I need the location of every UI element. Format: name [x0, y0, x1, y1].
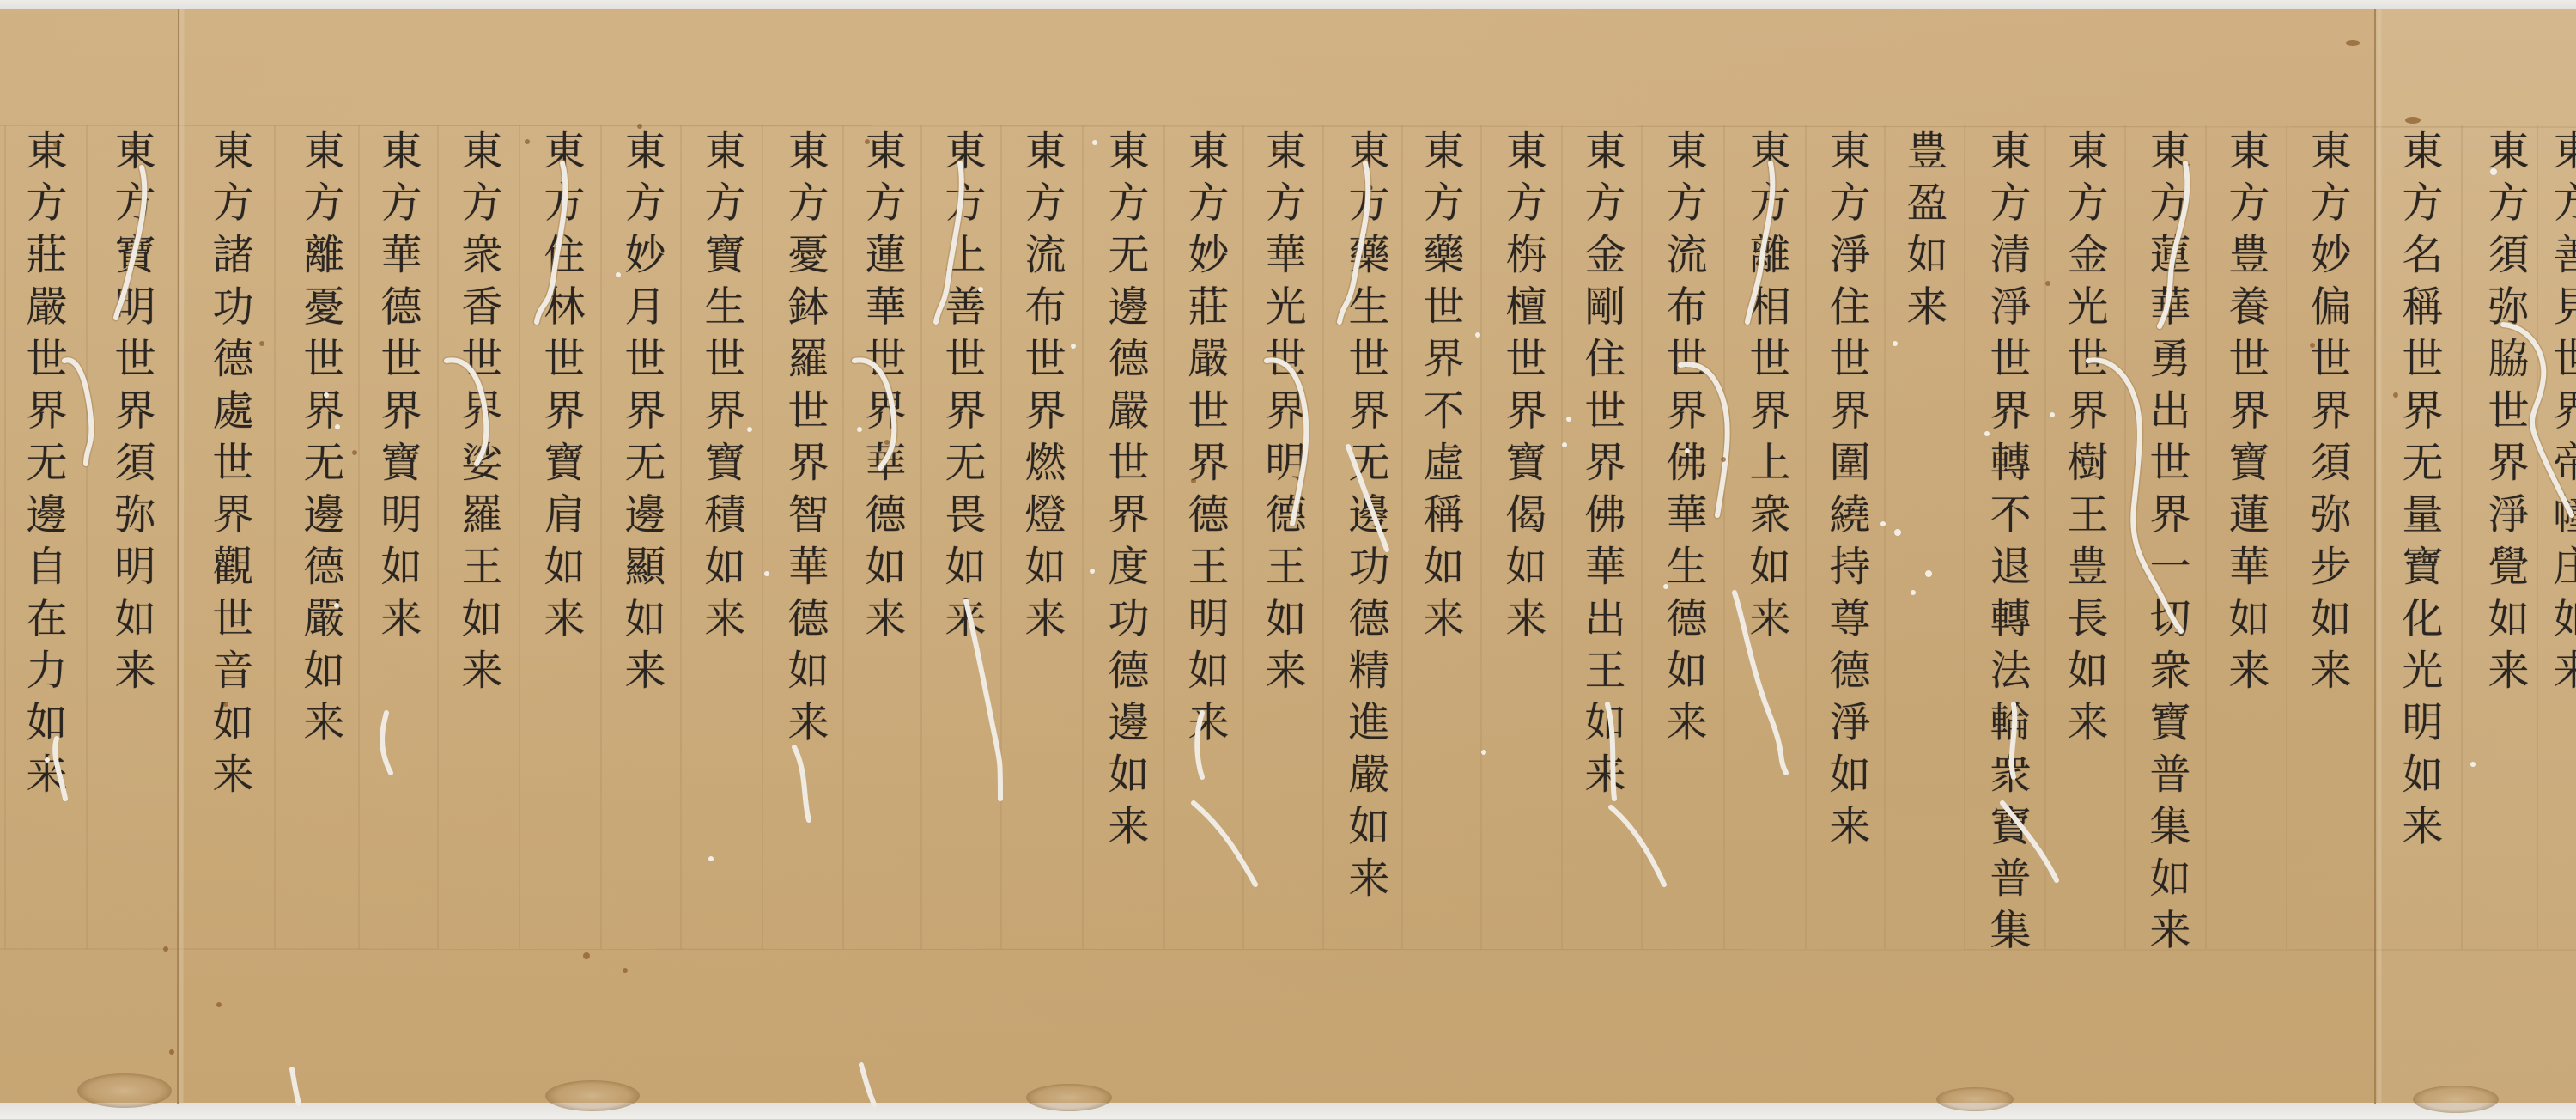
text-column: 東方莊嚴世界无邊自在力如来 [17, 129, 69, 805]
text-column: 東方住林世界寶肩如来 [535, 129, 586, 648]
text-column-continuation: 豊盈如来 [1898, 129, 1949, 337]
text-column: 東方憂鉢羅世界智華德如来 [779, 129, 830, 752]
text-column: 東方蓮華世界華德如来 [856, 129, 908, 648]
text-column: 東方蓮華勇出世界一切衆寶普集如来 [2141, 129, 2192, 960]
text-column: 東方諸功德處世界觀世音如来 [204, 129, 255, 805]
text-column: 東方離憂世界无邊德嚴如来 [295, 129, 346, 752]
text-column: 東方離相世界上衆如来 [1741, 129, 1792, 648]
text-column: 東方華德世界寶明如来 [372, 129, 423, 648]
text-column: 東方妙月世界无邊顯如来 [616, 129, 667, 701]
backdrop-bottom [0, 1103, 2576, 1119]
text-column: 東方流布世界佛華生德如来 [1657, 129, 1709, 752]
text-column: 東方上善世界无畏如来 [936, 129, 987, 648]
text-column: 東方寶明世界須弥明如来 [106, 129, 157, 701]
text-column: 東方金剛住世界佛華出王如来 [1576, 129, 1627, 805]
text-column: 東方金光世界樹王豊長如来 [2058, 129, 2110, 752]
text-column: 東方无邊德嚴世界度功德邊如来 [1099, 129, 1151, 856]
text-column: 東方藥生世界无邊功德精進嚴如来 [1340, 129, 1391, 909]
manuscript-scroll-image: 東方善見世界帝幢庄如来 東方須弥脇世界淨覺如来 東方名稱世界无量寶化光明如来 東… [0, 0, 2576, 1119]
text-column: 東方清淨世界轉不退轉法輪衆寶普集 [1981, 129, 2032, 960]
text-column: 東方藥世界不虛稱如来 [1414, 129, 1466, 648]
text-column: 東方寶生世界寶積如来 [696, 129, 747, 648]
text-column: 東方栴檀世界寶偈如来 [1497, 129, 1548, 648]
text-column-partial: 東方善見世界帝幢庄如来 [2544, 129, 2576, 701]
text-column: 東方豊養世界寶蓮華如来 [2220, 129, 2271, 701]
text-column: 東方妙偏世界須弥步如来 [2301, 129, 2353, 701]
text-column: 東方名稱世界无量寶化光明如来 [2393, 129, 2445, 856]
text-column: 東方須弥脇世界淨覺如来 [2479, 129, 2530, 701]
text-column: 東方淨住世界圍繞持尊德淨如来 [1820, 129, 1872, 856]
text-column: 東方流布世界燃燈如来 [1016, 129, 1067, 648]
text-column: 東方華光世界明德王如来 [1256, 129, 1308, 701]
text-column: 東方衆香世界娑羅王如来 [453, 129, 504, 701]
text-column: 東方妙莊嚴世界德王明如来 [1179, 129, 1230, 752]
